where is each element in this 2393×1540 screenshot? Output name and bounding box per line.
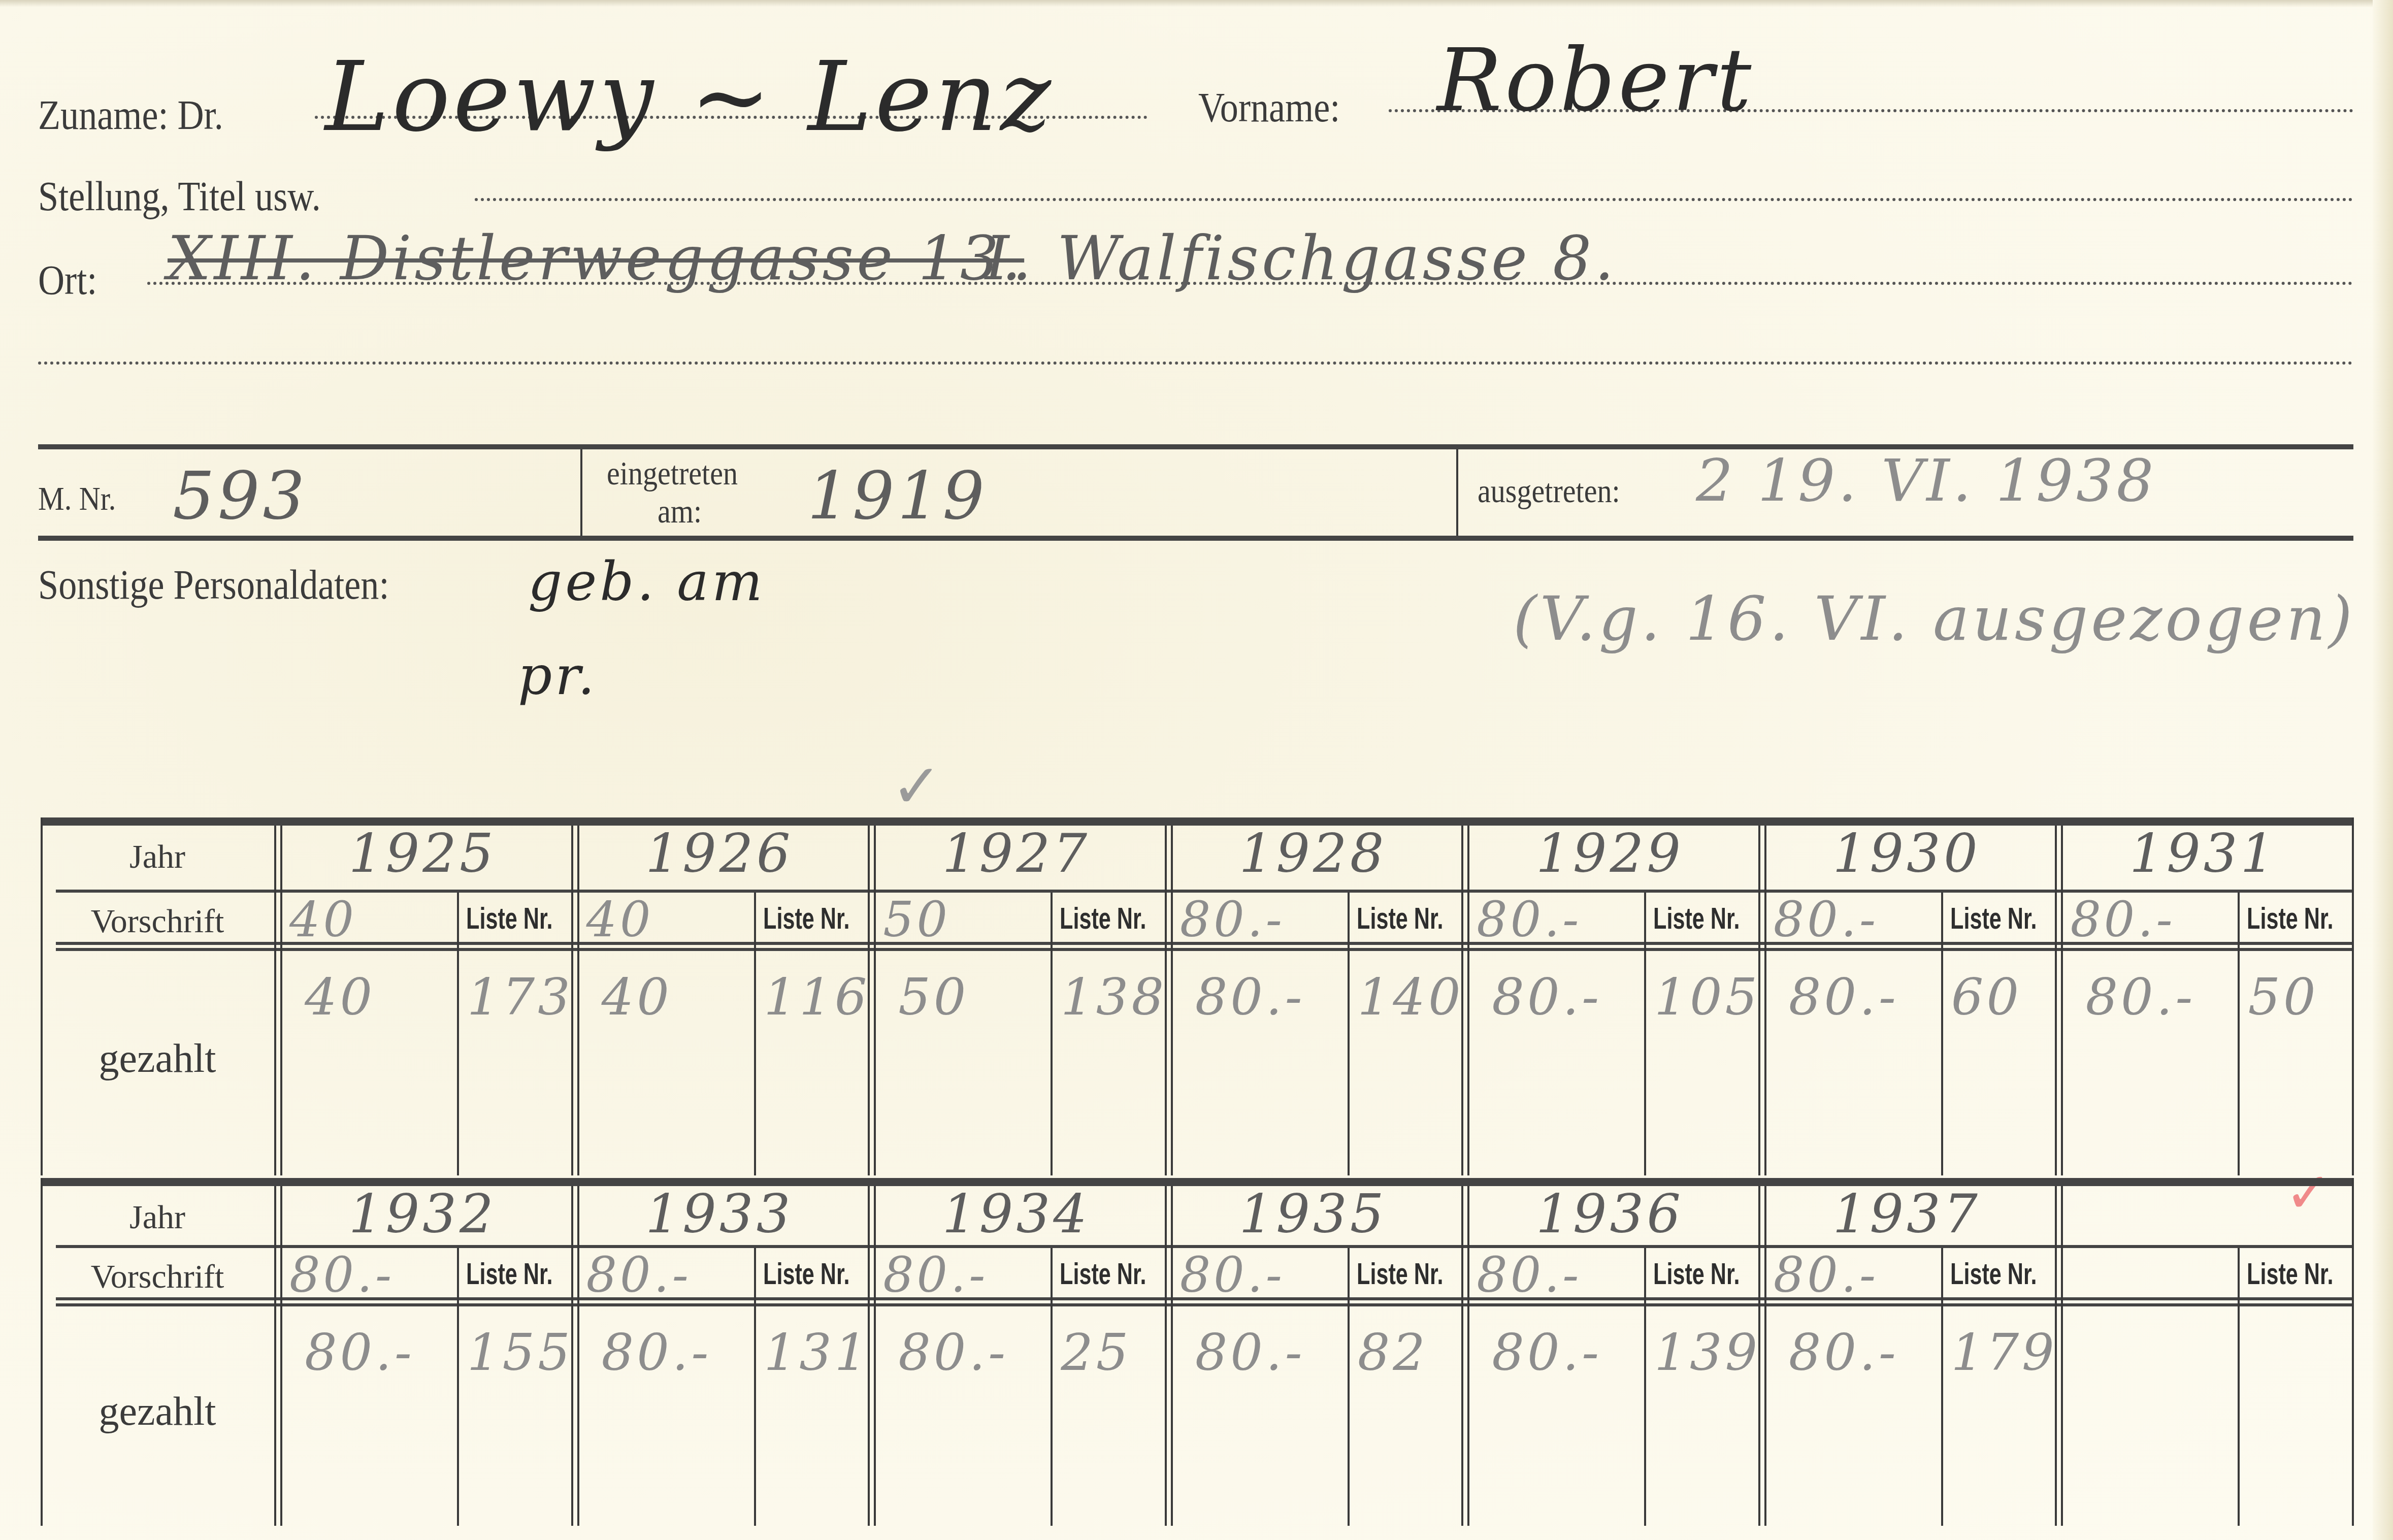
vorschrift-value: 40 [289, 892, 357, 948]
vorschrift-value: 80.- [1774, 892, 1879, 948]
vorschrift-value: 80.- [1477, 1248, 1582, 1303]
liste-value: 138 [1061, 967, 1167, 1027]
liste-label: Liste Nr. [1653, 901, 1740, 936]
year-value: 1933 [581, 1183, 858, 1245]
eingetreten-value: 1919 [807, 457, 988, 534]
card-top-edge [0, 0, 2393, 7]
year-column-divider [1165, 826, 1173, 1175]
vorschrift-value: 80.- [289, 1248, 395, 1303]
liste-label: Liste Nr. [2247, 1256, 2333, 1291]
gezahlt-value: 40 [305, 967, 375, 1027]
liste-value: 82 [1358, 1323, 1428, 1382]
liste-label: Liste Nr. [1653, 1256, 1740, 1291]
year-column-divider [1461, 1186, 1469, 1526]
ort-new-value: I. Walfischgasse 8. [985, 223, 1617, 294]
divider-1 [580, 449, 582, 536]
year-value: 1925 [284, 823, 561, 884]
liste-label: Liste Nr. [763, 1256, 849, 1291]
liste-label: Liste Nr. [466, 1256, 552, 1291]
vorname-label: Vorname: [1198, 84, 1340, 132]
ausgetreten-label: ausgetreten: [1478, 472, 1620, 511]
membership-card: Zuname: Dr. Loewy ~ Lenz Vorname: Robert… [0, 0, 2393, 1540]
year-value: 1929 [1471, 823, 1748, 884]
liste-value: 60 [1951, 967, 2022, 1027]
gezahlt-value: 80.- [1789, 1323, 1899, 1382]
red-checkmark-icon: ✓ [2285, 1160, 2332, 1225]
liste-column-divider [1348, 893, 1350, 1175]
liste-label: Liste Nr. [1950, 901, 2037, 936]
liste-column-divider [457, 893, 459, 1175]
row-label-vorschrift: Vorschrift [41, 1258, 274, 1296]
liste-label: Liste Nr. [1060, 1256, 1146, 1291]
row-label-jahr: Jahr [41, 838, 274, 876]
gezahlt-value: 40 [602, 967, 672, 1027]
row-label-vorschrift: Vorschrift [41, 902, 274, 941]
eingetreten-am-label: am: [658, 493, 702, 531]
liste-column-divider [754, 1248, 756, 1526]
gezahlt-value: 80.- [1492, 1323, 1602, 1382]
year-column-divider [274, 826, 282, 1175]
liste-column-divider [1644, 1248, 1646, 1526]
year-column-divider [1165, 1186, 1173, 1526]
liste-value: 173 [467, 967, 573, 1027]
ort-label: Ort: [38, 256, 97, 304]
gezahlt-value: 80.- [1789, 967, 1899, 1027]
vorschrift-value: 50 [883, 892, 950, 948]
liste-column-divider [457, 1248, 459, 1526]
table-rule [56, 1303, 2352, 1306]
year-column-divider [571, 826, 579, 1175]
liste-label: Liste Nr. [763, 901, 849, 936]
liste-column-divider [1051, 893, 1053, 1175]
zuname-label: Zuname: Dr. [38, 91, 223, 139]
liste-value: 50 [2248, 967, 2318, 1027]
sonstige-label: Sonstige Personaldaten: [38, 561, 389, 609]
liste-value: 140 [1358, 967, 1464, 1027]
table-border-right [2352, 1178, 2354, 1526]
gezahlt-value: 80.- [602, 1323, 712, 1382]
ausgetreten-value: 2 19. VI. 1938 [1696, 447, 2156, 515]
divider-2 [1456, 449, 1458, 536]
row-label-jahr: Jahr [41, 1198, 274, 1237]
liste-label: Liste Nr. [1950, 1256, 2037, 1291]
sonstige-value-2: pr. [518, 645, 598, 707]
year-value: 1936 [1471, 1183, 1748, 1245]
year-value: 1932 [284, 1183, 561, 1245]
vorschrift-value: 80.- [1774, 1248, 1879, 1303]
year-column-divider [274, 1186, 282, 1526]
gezahlt-value: 80.- [1492, 967, 1602, 1027]
vorschrift-value: 40 [586, 892, 654, 948]
liste-value: 131 [764, 1323, 870, 1382]
stellung-label: Stellung, Titel usw. [38, 173, 321, 220]
liste-value: 179 [1951, 1323, 2057, 1382]
vorschrift-value: 80.- [883, 1248, 988, 1303]
gezahlt-value: 80.- [305, 1323, 415, 1382]
year-value: 1931 [2065, 823, 2342, 884]
year-value: 1930 [1768, 823, 2045, 884]
liste-column-divider [1941, 893, 1943, 1175]
vorname-value: Robert [1437, 30, 1754, 131]
liste-column-divider [1348, 1248, 1350, 1526]
table-border-right [2352, 817, 2354, 1175]
liste-column-divider [1051, 1248, 1053, 1526]
year-value: 1934 [878, 1183, 1155, 1245]
zuname-value: Loewy ~ Lenz [325, 41, 1054, 153]
gezahlt-value: 50 [898, 967, 969, 1027]
vorschrift-value: 80.- [1180, 892, 1285, 948]
year-column-divider [1758, 826, 1766, 1175]
vorschrift-value: 80.- [1180, 1248, 1285, 1303]
note-value: (V.g. 16. VI. ausgezogen) [1513, 584, 2355, 654]
year-value: 1927 [878, 823, 1155, 884]
gezahlt-value: 80.- [1195, 967, 1305, 1027]
row-label-gezahlt: gezahlt [41, 1036, 274, 1082]
liste-label: Liste Nr. [1357, 1256, 1443, 1291]
liste-value: 25 [1061, 1323, 1131, 1382]
stellung-line [475, 198, 2353, 201]
mnr-value: 593 [173, 457, 308, 534]
liste-column-divider [1644, 893, 1646, 1175]
liste-value: 116 [764, 967, 870, 1027]
mnr-label: M. Nr. [38, 480, 116, 518]
liste-column-divider [2238, 893, 2240, 1175]
sonstige-value-1: geb. am [528, 551, 766, 613]
liste-column-divider [2238, 1248, 2240, 1526]
year-column-divider [868, 826, 876, 1175]
year-column-divider [2055, 1186, 2063, 1526]
liste-value: 139 [1654, 1323, 1760, 1382]
gezahlt-value: 80.- [898, 1323, 1008, 1382]
liste-value: 155 [467, 1323, 573, 1382]
liste-column-divider [754, 893, 756, 1175]
vorschrift-value: 80.- [1477, 892, 1582, 948]
liste-label: Liste Nr. [1357, 901, 1443, 936]
year-column-divider [2055, 826, 2063, 1175]
year-column-divider [571, 1186, 579, 1526]
year-column-divider [868, 1186, 876, 1526]
rule-bottom [38, 536, 2353, 541]
year-value: 1937 [1768, 1183, 2045, 1245]
eingetreten-label: eingetreten [607, 454, 738, 493]
checkmark-icon: ✓ [891, 751, 942, 822]
year-value: 1926 [581, 823, 858, 884]
row-label-gezahlt: gezahlt [41, 1389, 274, 1435]
vorschrift-value: 80.- [2070, 892, 2175, 948]
ort-old-value: XIII. Distlerweggasse 13. [168, 223, 1024, 294]
gezahlt-value: 80.- [1195, 1323, 1305, 1382]
table-rule [56, 948, 2352, 951]
vorschrift-value: 80.- [586, 1248, 692, 1303]
liste-label: Liste Nr. [1060, 901, 1146, 936]
liste-value: 105 [1654, 967, 1760, 1027]
liste-label: Liste Nr. [466, 901, 552, 936]
liste-label: Liste Nr. [2247, 901, 2333, 936]
liste-column-divider [1941, 1248, 1943, 1526]
year-value: 1928 [1175, 823, 1452, 884]
gezahlt-value: 80.- [2085, 967, 2195, 1027]
extra-line [38, 362, 2353, 365]
year-value: 1935 [1175, 1183, 1452, 1245]
year-column-divider [1758, 1186, 1766, 1526]
year-column-divider [1461, 826, 1469, 1175]
